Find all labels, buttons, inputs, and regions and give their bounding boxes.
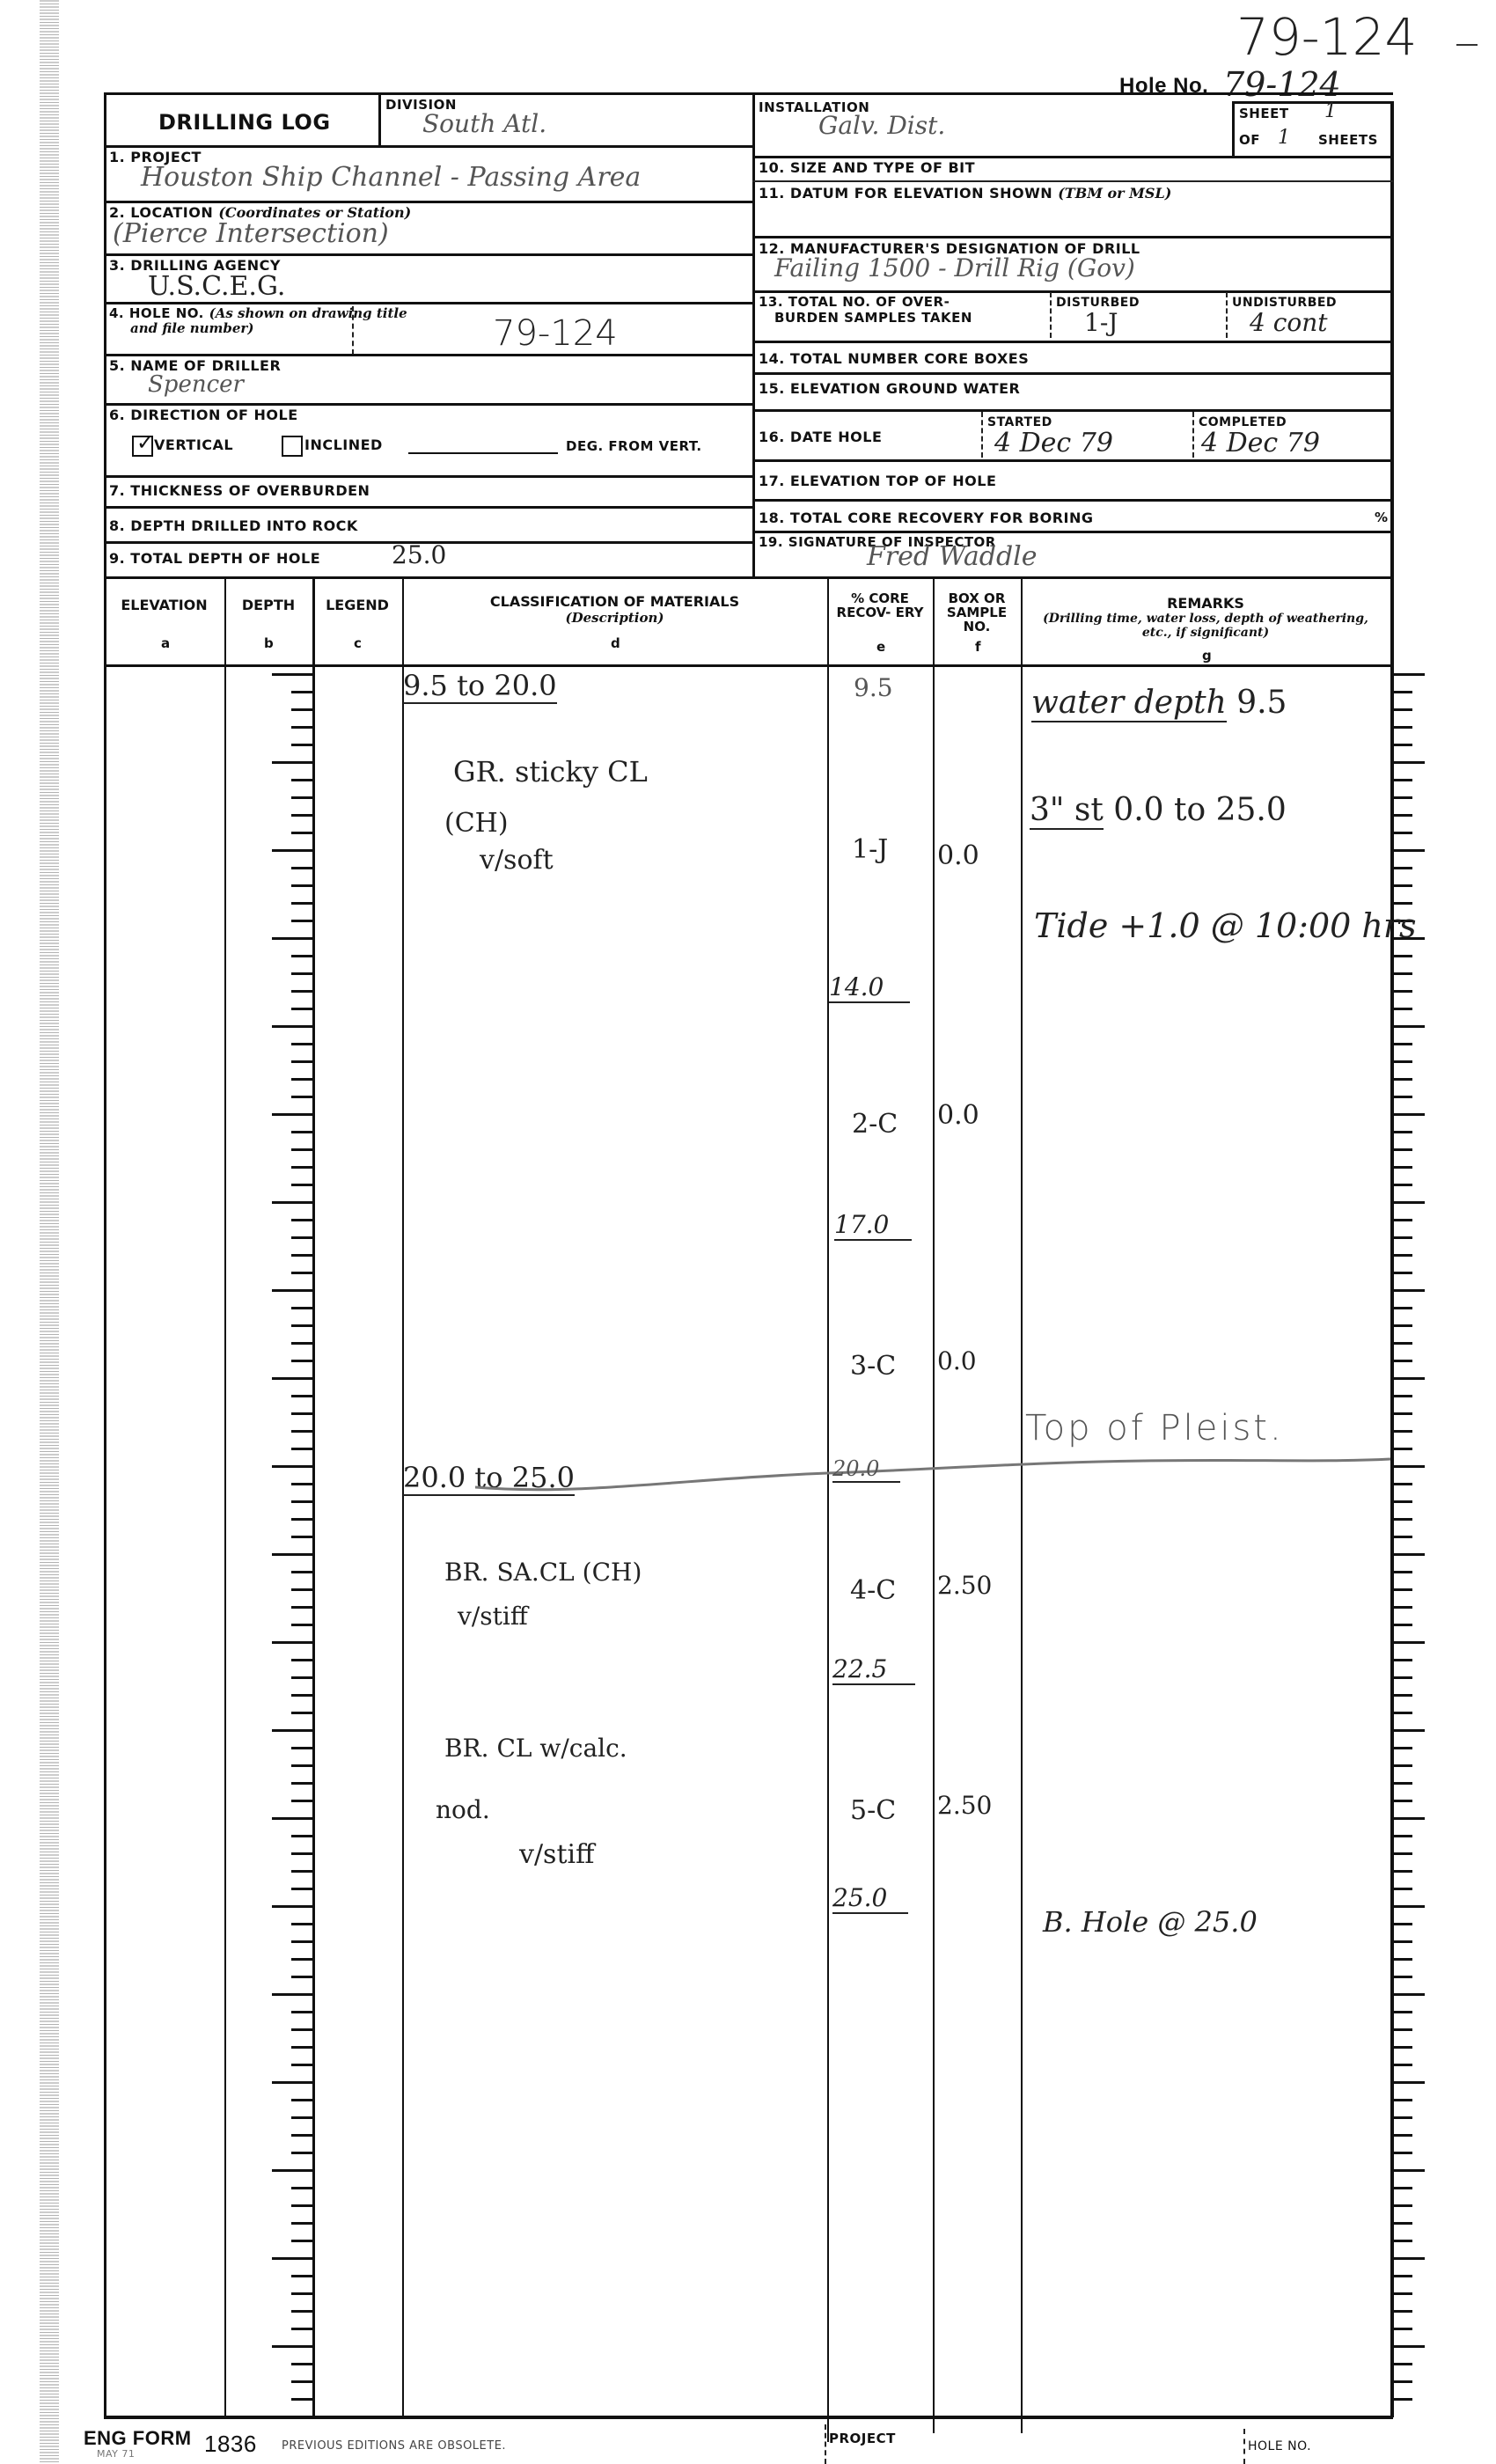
- ruler-tick: [1393, 1254, 1412, 1257]
- ruler-tick: [1393, 1201, 1425, 1204]
- ruler-tick: [1393, 1606, 1412, 1609]
- ruler-tick: [1393, 2046, 1412, 2049]
- inclined-checkbox[interactable]: [282, 436, 303, 457]
- ruler-tick: [272, 1113, 312, 1116]
- total-depth-label: 9. TOTAL DEPTH OF HOLE: [109, 550, 320, 567]
- drill-value[interactable]: Failing 1500 - Drill Rig (Gov): [774, 253, 1135, 282]
- ruler-tick: [1393, 2240, 1412, 2242]
- ruler-tick: [1393, 2011, 1412, 2013]
- ruler-tick: [272, 1025, 312, 1028]
- ruler-tick: [1393, 832, 1412, 834]
- ruler-tick: [291, 1976, 312, 1978]
- ruler-tick: [272, 1729, 312, 1732]
- ruler-tick: [1393, 1747, 1412, 1749]
- ruler-tick: [1393, 1483, 1412, 1485]
- ruler-tick: [1393, 1166, 1412, 1169]
- ruler-tick: [1393, 1888, 1412, 1890]
- check-mark-icon: ✓: [136, 430, 154, 455]
- row-divider: [752, 531, 1393, 533]
- ruler-tick: [291, 1888, 312, 1890]
- ruler-tick: [1393, 1923, 1412, 1925]
- row-divider: [752, 236, 1393, 238]
- ruler-tick: [291, 2398, 312, 2401]
- ruler-tick: [1393, 1782, 1412, 1785]
- ruler-tick: [1393, 744, 1412, 746]
- ruler-tick: [1393, 1430, 1412, 1433]
- col-header-elevation: ELEVATION: [104, 597, 224, 613]
- ruler-tick: [291, 2363, 312, 2365]
- ruler-tick: [291, 1096, 312, 1098]
- ruler-tick: [1393, 1712, 1412, 1714]
- col-header-remarks: REMARKS (Drilling time, water loss, dept…: [1030, 595, 1382, 640]
- ruler-tick: [291, 2011, 312, 2013]
- ruler-tick: [1393, 1641, 1425, 1644]
- ruler-tick: [272, 937, 312, 940]
- col-letter: d: [611, 635, 620, 651]
- ruler-tick: [1393, 1395, 1412, 1397]
- row-divider: [752, 156, 1393, 158]
- row-divider: [104, 403, 752, 406]
- ruler-tick: [291, 1606, 312, 1609]
- ruler-tick: [291, 1043, 312, 1045]
- row-divider: [752, 290, 1393, 293]
- ruler-tick: [1393, 1553, 1425, 1556]
- col-letter: b: [264, 635, 274, 651]
- core-recovery-unit: %: [1375, 510, 1389, 525]
- dashed-divider: [1226, 292, 1228, 338]
- ruler-tick: [1393, 1289, 1425, 1292]
- ruler-tick: [1393, 2152, 1412, 2154]
- row-divider: [752, 341, 1393, 343]
- remark-entry: Tide +1.0 @ 10:00 hrs: [1034, 906, 1417, 945]
- ruler-tick: [1393, 867, 1412, 869]
- ruler-tick: [291, 1800, 312, 1802]
- sheet-of-value[interactable]: 1: [1278, 127, 1290, 149]
- inspector-signature: Fred Waddle: [867, 541, 1038, 572]
- ruler-tick: [291, 1782, 312, 1785]
- classification-entry: (CH): [444, 808, 509, 839]
- deg-from-vert-input[interactable]: [408, 452, 558, 454]
- form-top-border: [104, 92, 1393, 95]
- ruler-tick: [1393, 796, 1412, 799]
- ruler-tick: [1393, 955, 1412, 957]
- ruler-tick: [291, 1254, 312, 1257]
- ruler-tick: [1393, 761, 1425, 764]
- ruler-tick: [291, 2116, 312, 2119]
- ruler-tick: [291, 1676, 312, 1679]
- ruler-tick: [291, 708, 312, 711]
- ruler-tick: [272, 761, 312, 764]
- ruler-tick: [1393, 990, 1412, 993]
- ruler-tick: [1393, 1852, 1412, 1855]
- scan-edge-artifact: [40, 0, 59, 2464]
- ruler-tick: [1393, 1676, 1412, 1679]
- ruler-tick: [1393, 1694, 1412, 1697]
- classification-entry: BR. SA.CL (CH): [444, 1558, 642, 1587]
- sheets-label: SHEETS: [1318, 132, 1378, 148]
- sample-entry: 0.0: [937, 840, 979, 871]
- undisturbed-value[interactable]: 4 cont: [1250, 308, 1328, 337]
- core-entry: 1-J: [852, 834, 888, 865]
- deg-from-vert-label: DEG. FROM VERT.: [566, 438, 702, 454]
- col-divider: [827, 576, 829, 2442]
- footer-divider: [825, 2424, 826, 2464]
- ruler-tick: [1393, 1976, 1412, 1978]
- ruler-tick: [291, 1958, 312, 1961]
- title-division-split: [378, 92, 381, 145]
- ruler-tick: [1393, 1272, 1412, 1274]
- ruler-tick: [291, 2222, 312, 2225]
- row-divider: [104, 302, 752, 304]
- ruler-tick: [291, 972, 312, 975]
- ruler-tick: [1393, 1835, 1412, 1837]
- row-divider: [104, 475, 752, 478]
- ruler-tick: [1393, 2187, 1412, 2189]
- form-title: DRILLING LOG: [158, 110, 331, 135]
- ruler-tick: [291, 1148, 312, 1151]
- dashed-divider: [1192, 412, 1194, 458]
- ruler-tick: [291, 2310, 312, 2313]
- ruler-tick: [291, 1940, 312, 1943]
- classification-entry: BR. CL w/calc.: [444, 1734, 627, 1763]
- ruler-tick: [272, 1465, 312, 1468]
- ruler-tick: [272, 849, 312, 852]
- core-depth-marker: 20.0: [832, 1456, 900, 1483]
- ruler-tick: [1393, 1324, 1412, 1327]
- ruler-tick: [1393, 1236, 1412, 1239]
- core-entry: 4-C: [850, 1575, 896, 1606]
- ruler-tick: [1393, 1940, 1412, 1943]
- row-divider: [752, 459, 1393, 462]
- col-divider: [402, 576, 404, 2416]
- hole-no-field-label-2: and file number): [130, 320, 253, 336]
- ruler-tick: [1393, 814, 1412, 817]
- ruler-tick: [1393, 1448, 1412, 1450]
- eng-form-label: ENG FORM: [84, 2427, 192, 2450]
- sheet-divider: [1232, 101, 1235, 156]
- ruler-tick: [1393, 2169, 1425, 2172]
- ruler-tick: [1393, 1764, 1412, 1767]
- col-letter: g: [1202, 648, 1212, 664]
- core-recovery-label: 18. TOTAL CORE RECOVERY FOR BORING: [759, 510, 1094, 526]
- ruler-tick: [291, 2292, 312, 2295]
- agency-value[interactable]: U.S.C.E.G.: [148, 271, 285, 302]
- hole-no-value[interactable]: 79-124: [1223, 65, 1341, 104]
- ruler-tick: [291, 902, 312, 905]
- ruler-tick: [291, 1852, 312, 1855]
- ruler-tick: [291, 1500, 312, 1503]
- core-depth-marker: 17.0: [834, 1210, 912, 1241]
- sheet-of-label: OF: [1239, 132, 1260, 148]
- footer-divider: [1243, 2429, 1245, 2464]
- ruler-tick: [291, 1712, 312, 1714]
- ruler-tick: [291, 2028, 312, 2031]
- ruler-tick: [291, 2204, 312, 2207]
- dashed-divider: [352, 306, 354, 355]
- ruler-tick: [1393, 2028, 1412, 2031]
- ruler-tick: [1393, 1571, 1412, 1573]
- core-depth-marker: 14.0: [829, 972, 910, 1003]
- ruler-tick: [1393, 2398, 1412, 2401]
- col-divider: [312, 576, 315, 2416]
- dashed-divider: [981, 412, 983, 458]
- ruler-tick: [272, 1289, 312, 1292]
- ruler-tick: [1393, 2380, 1412, 2383]
- ruler-tick: [291, 814, 312, 817]
- ruler-tick: [1393, 1588, 1412, 1591]
- ruler-tick: [1393, 2328, 1412, 2330]
- core-entry: 5-C: [850, 1795, 896, 1826]
- total-depth-value[interactable]: 25.0: [392, 540, 446, 569]
- location-value[interactable]: (Pierce Intersection): [113, 218, 389, 249]
- row-divider: [752, 180, 1393, 182]
- ruler-tick: [1393, 1219, 1412, 1221]
- ruler-tick: [272, 1641, 312, 1644]
- ruler-tick: [1393, 1905, 1425, 1908]
- project-value[interactable]: Houston Ship Channel - Passing Area: [141, 162, 641, 193]
- ruler-tick: [291, 1923, 312, 1925]
- ruler-tick: [1393, 1131, 1412, 1133]
- inclined-label: INCLINED: [304, 436, 383, 453]
- top-elevation-label: 17. ELEVATION TOP OF HOLE: [759, 473, 996, 489]
- col-header-legend: LEGEND: [312, 597, 402, 613]
- hole-no-field-label: 4. HOLE NO. (As shown on drawing title: [109, 305, 407, 321]
- division-value[interactable]: South Atl.: [422, 109, 546, 138]
- ruler-tick: [1393, 1729, 1425, 1732]
- ruler-tick: [291, 1412, 312, 1415]
- ruler-tick: [291, 1518, 312, 1521]
- ruler-tick: [291, 1236, 312, 1239]
- ruler-tick: [1393, 1412, 1412, 1415]
- ruler-tick: [272, 1377, 312, 1380]
- bit-label: 10. SIZE AND TYPE OF BIT: [759, 159, 975, 176]
- classification-range: 9.5 to 20.0: [403, 669, 557, 704]
- samples-label-2: BURDEN SAMPLES TAKEN: [774, 310, 972, 326]
- contact-line: [475, 1443, 1390, 1505]
- ruler-tick: [1393, 2134, 1412, 2137]
- remark-entry: B. Hole @ 25.0: [1043, 1905, 1258, 1939]
- core-depth-marker: 25.0: [832, 1883, 908, 1914]
- ruler-tick: [1393, 1060, 1412, 1063]
- top-right-hole-number: 79-124: [1236, 7, 1417, 67]
- ruler-tick: [1393, 1043, 1412, 1045]
- ruler-tick: [291, 2187, 312, 2189]
- driller-value[interactable]: Spencer: [148, 371, 244, 398]
- dash-mark: [1456, 44, 1478, 46]
- ruler-tick: [291, 1764, 312, 1767]
- col-header-box-sample: BOX OR SAMPLE NO.: [936, 591, 1017, 634]
- ruler-tick: [291, 2275, 312, 2277]
- ruler-tick: [291, 1307, 312, 1309]
- vertical-label: VERTICAL: [154, 436, 233, 453]
- ruler-tick: [1393, 1025, 1425, 1028]
- ruler-tick: [1393, 1148, 1412, 1151]
- ruler-tick: [291, 2328, 312, 2330]
- ruler-tick: [1393, 884, 1412, 887]
- ruler-tick: [291, 832, 312, 834]
- ruler-tick: [291, 1060, 312, 1063]
- form-bottom-border: [104, 2416, 1393, 2419]
- ruler-tick: [1393, 1008, 1412, 1010]
- ruler-tick: [1393, 2064, 1412, 2066]
- row-divider: [752, 409, 1393, 412]
- sample-entry: 2.50: [937, 1791, 992, 1820]
- col-divider: [933, 576, 935, 2433]
- sheet-value[interactable]: 1: [1324, 100, 1337, 122]
- form-right-border: [1390, 101, 1394, 2417]
- ruler-tick: [291, 1360, 312, 1362]
- sample-entry: 0.0: [937, 1346, 977, 1375]
- row-divider: [104, 506, 752, 509]
- classification-entry: v/stiff: [519, 1839, 594, 1870]
- ruler-tick: [291, 2046, 312, 2049]
- ruler-tick: [272, 673, 312, 676]
- remark-entry: Top of Pleist.: [1025, 1408, 1284, 1448]
- dashed-divider: [1050, 292, 1052, 338]
- ruler-tick: [291, 1131, 312, 1133]
- ruler-tick: [1393, 1096, 1412, 1098]
- core-entry: 2-C: [852, 1109, 898, 1140]
- completed-value[interactable]: 4 Dec 79: [1201, 428, 1320, 458]
- ruler-tick: [1393, 2257, 1425, 2260]
- ruler-tick: [1393, 673, 1425, 676]
- ruler-tick: [291, 920, 312, 922]
- ruler-tick: [1393, 2345, 1425, 2348]
- installation-value[interactable]: Galv. Dist.: [818, 111, 945, 140]
- core-entry: 9.5: [854, 673, 893, 702]
- ruler-tick: [291, 2380, 312, 2383]
- ruler-tick: [291, 1448, 312, 1450]
- ruler-tick: [1393, 1536, 1412, 1538]
- row-divider: [752, 372, 1393, 375]
- ruler-tick: [272, 1905, 312, 1908]
- row-divider: [752, 499, 1393, 502]
- ruler-tick: [291, 796, 312, 799]
- ruler-tick: [272, 2257, 312, 2260]
- ruler-tick: [291, 1624, 312, 1626]
- ruler-tick: [1393, 2222, 1412, 2225]
- remark-entry: water depth 9.5: [1031, 685, 1287, 721]
- ruler-tick: [1393, 1307, 1412, 1309]
- col-header-classification: CLASSIFICATION OF MATERIALS (Description…: [402, 593, 827, 627]
- ruler-tick: [1393, 902, 1412, 905]
- ruler-tick: [291, 1588, 312, 1591]
- direction-label: 6. DIRECTION OF HOLE: [109, 407, 298, 423]
- ruler-tick: [291, 1430, 312, 1433]
- row-divider: [104, 145, 752, 148]
- disturbed-value[interactable]: 1-J: [1084, 308, 1118, 337]
- ruler-tick: [1393, 972, 1412, 975]
- obsolete-note: PREVIOUS EDITIONS ARE OBSOLETE.: [282, 2439, 506, 2453]
- sample-entry: 2.50: [937, 1571, 992, 1600]
- date-hole-label: 16. DATE HOLE: [759, 429, 882, 445]
- ruler-tick: [291, 1659, 312, 1661]
- ruler-tick: [291, 2099, 312, 2101]
- ruler-tick: [291, 1219, 312, 1221]
- ruler-tick: [1393, 849, 1425, 852]
- eng-form-number: 1836: [204, 2431, 257, 2458]
- ruler-tick: [291, 884, 312, 887]
- col-divider: [224, 576, 226, 2416]
- col-letter: f: [975, 639, 981, 655]
- ruler-tick: [291, 1835, 312, 1837]
- ruler-tick: [1393, 1958, 1412, 1961]
- ruler-tick: [1393, 1184, 1412, 1186]
- sample-entry: 0.0: [937, 1100, 979, 1131]
- hole-no-field-value[interactable]: 79-124: [493, 313, 618, 354]
- col-header-core-recovery: % CORE RECOV- ERY: [831, 591, 929, 620]
- ruler-tick: [291, 1078, 312, 1081]
- ruler-tick: [291, 1395, 312, 1397]
- ruler-tick: [272, 2081, 312, 2084]
- table-header-bottom: [104, 664, 1393, 667]
- ruler-tick: [291, 990, 312, 993]
- ruler-tick: [1393, 1500, 1412, 1503]
- ruler-tick: [291, 955, 312, 957]
- footer-hole-no-label: HOLE NO.: [1248, 2439, 1311, 2453]
- ground-water-label: 15. ELEVATION GROUND WATER: [759, 380, 1020, 397]
- samples-label-1: 13. TOTAL NO. OF OVER-: [759, 294, 950, 310]
- form-left-border: [104, 92, 106, 2417]
- ruler-tick: [291, 779, 312, 781]
- ruler-tick: [1393, 1817, 1425, 1820]
- classification-entry: GR. sticky CL: [453, 755, 648, 788]
- remark-entry: 3" st 0.0 to 25.0: [1030, 792, 1287, 828]
- ruler-tick: [1393, 1659, 1412, 1661]
- ruler-tick: [291, 867, 312, 869]
- col-divider: [1021, 576, 1023, 2433]
- ruler-tick: [1393, 1518, 1412, 1521]
- footer-project-label: PROJECT: [829, 2431, 896, 2446]
- ruler-tick: [1393, 691, 1412, 693]
- ruler-tick: [291, 1694, 312, 1697]
- col-letter: a: [161, 635, 170, 651]
- ruler-tick: [272, 1553, 312, 1556]
- core-entry: 3-C: [850, 1351, 896, 1382]
- ruler-tick: [272, 1993, 312, 1996]
- row-divider: [104, 201, 752, 203]
- ruler-tick: [1393, 1078, 1412, 1081]
- ruler-tick: [1393, 2116, 1412, 2119]
- ruler-tick: [1393, 726, 1412, 729]
- ruler-tick: [1393, 1377, 1425, 1380]
- ruler-tick: [291, 2152, 312, 2154]
- ruler-tick: [291, 691, 312, 693]
- datum-label: 11. DATUM FOR ELEVATION SHOWN (TBM or MS…: [759, 185, 1171, 202]
- ruler-tick: [291, 1536, 312, 1538]
- classification-entry: nod.: [436, 1795, 490, 1824]
- ruler-tick: [272, 2345, 312, 2348]
- ruler-tick: [291, 726, 312, 729]
- ruler-tick: [1393, 1624, 1412, 1626]
- core-depth-marker: 22.5: [832, 1654, 915, 1685]
- col-letter: e: [876, 639, 885, 655]
- ruler-tick: [1393, 2292, 1412, 2295]
- ruler-tick: [1393, 2275, 1412, 2277]
- ruler-tick: [1393, 779, 1412, 781]
- ruler-tick: [291, 1483, 312, 1485]
- ruler-tick: [1393, 1113, 1425, 1116]
- ruler-tick: [1393, 2081, 1425, 2084]
- row-divider: [104, 354, 752, 356]
- vertical-checkbox[interactable]: ✓: [132, 436, 153, 457]
- ruler-tick: [1393, 1342, 1412, 1345]
- core-boxes-label: 14. TOTAL NUMBER CORE BOXES: [759, 350, 1029, 367]
- eng-form-date: MAY 71: [97, 2448, 135, 2460]
- classification-entry: v/soft: [480, 845, 554, 876]
- ruler-tick: [1393, 1870, 1412, 1873]
- started-value[interactable]: 4 Dec 79: [994, 428, 1113, 458]
